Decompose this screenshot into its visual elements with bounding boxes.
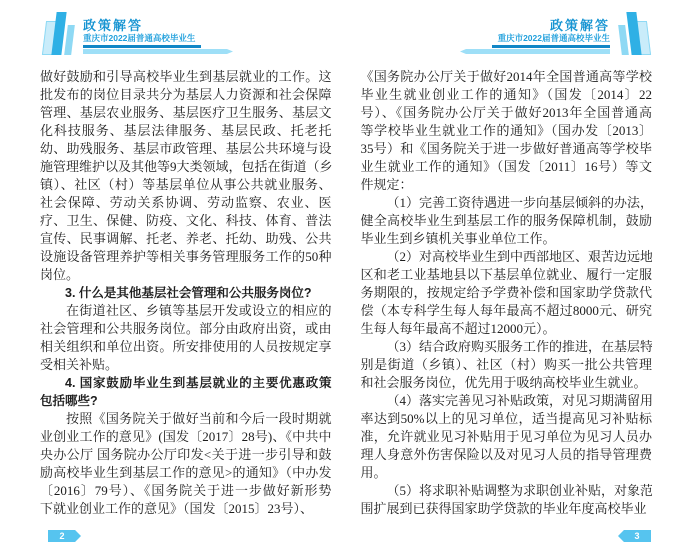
text-line: 做好鼓励和引导高校毕业生到基层就业的工作。这 <box>40 68 332 86</box>
text-line: 和社会服务岗位，优先用于吸纳高校毕业生就业。 <box>361 374 653 392</box>
text-line: 岗位。 <box>40 266 332 284</box>
text-line: 化科技服务、基层法律服务、基层民政、托老托 <box>40 122 332 140</box>
header-titles: 政策解答 重庆市2022届普通高校毕业生 <box>460 12 610 54</box>
text-line: 围扩展到已获得国家助学贷款的毕业年度高校毕业 <box>361 500 653 518</box>
text-line: 件规定： <box>361 176 653 194</box>
page-body: 做好鼓励和引导高校毕业生到基层就业的工作。这批发布的岗位目录共分为基层人力资源和… <box>40 68 332 518</box>
text-line: 励高校毕业生到基层工作的意见>的通知》（中办发 <box>40 464 332 482</box>
header-band <box>83 49 233 54</box>
text-line: 业生就业工作的通知》（国发〔2011〕16号）等文 <box>361 158 653 176</box>
header-band <box>460 49 610 54</box>
page-left: 政策解答 重庆市2022届普通高校毕业生 做好鼓励和引导高校毕业生到基层就业的工… <box>0 0 348 559</box>
text-line: 毕业生到乡镇机关事业单位工作。 <box>361 230 653 248</box>
text-line: 〔2016〕79号）、《国务院关于进一步做好新形势 <box>40 482 332 500</box>
doc-title: 政策解答 <box>83 19 233 33</box>
text-line: 偿（本专科学生每人每年最高不超过8000元、研究 <box>361 302 653 320</box>
text-line: （4）落实完善见习补贴政策，对见习期满留用 <box>361 392 653 410</box>
page-header: 政策解答 重庆市2022届普通高校毕业生 <box>44 12 348 55</box>
text-line: 下就业创业工作的意见》（国发〔2015〕23号）、 <box>40 500 332 518</box>
text-line: （3）结合政府购买服务工作的推进，在基层特 <box>361 338 653 356</box>
text-line: （2）对高校毕业生到中西部地区、艰苦边远地 <box>361 248 653 266</box>
page-right: 政策解答 重庆市2022届普通高校毕业生 《国务院办公厅关于做好2014年全国普… <box>348 0 695 559</box>
text-line: 区和老工业基地县以下基层单位就业、履行一定服 <box>361 266 653 284</box>
text-line: 务期限的，按规定给予学费补偿和国家助学贷款代 <box>361 284 653 302</box>
text-line: 别是街道（乡镇）、社区（村）购买一批公共管理 <box>361 356 653 374</box>
doc-subtitle: 重庆市2022届普通高校毕业生 <box>498 33 610 44</box>
policy-booklet-logo-icon <box>44 12 74 55</box>
text-line: 健全高校毕业生到基层工作的服务保障机制，鼓励 <box>361 212 653 230</box>
text-line: 疗、卫生、保健、防疫、文化、科技、体育、普法 <box>40 212 332 230</box>
text-line: 35号）和《国务院关于进一步做好普通高等学校毕 <box>361 140 653 158</box>
header-rule <box>83 45 201 48</box>
text-line: 等学校毕业生就业工作的通知》（国办发〔2013〕 <box>361 122 653 140</box>
text-line: 央办公厅 国务院办公厅印发<关于进一步引导和鼓 <box>40 446 332 464</box>
text-line: 施管理维护以及其他等9大类领域，包括在街道（乡 <box>40 158 332 176</box>
text-line: （1）完善工资待遇进一步向基层倾斜的办法， <box>361 194 653 212</box>
text-line: 按照《国务院关于做好当前和今后一段时期就 <box>40 410 332 428</box>
page-header: 政策解答 重庆市2022届普通高校毕业生 <box>348 12 650 55</box>
text-line: 管理、基层农业服务、基层医疗卫生服务、基层文 <box>40 104 332 122</box>
header-rule <box>492 45 610 48</box>
document-spread: 政策解答 重庆市2022届普通高校毕业生 做好鼓励和引导高校毕业生到基层就业的工… <box>0 0 695 559</box>
text-line: 《国务院办公厅关于做好2014年全国普通高等学校 <box>361 68 653 86</box>
header-titles: 政策解答 重庆市2022届普通高校毕业生 <box>83 12 233 54</box>
text-line: 生每人每年最高不超过12000元）。 <box>361 320 653 338</box>
text-line: 用。 <box>361 464 653 482</box>
text-line: 相关组织和单位出资。所安排使用的人员按规定享 <box>40 338 332 356</box>
text-line: 批发布的岗位目录共分为基层人力资源和社会保障 <box>40 86 332 104</box>
page-number-tag: 3 <box>618 530 651 542</box>
text-line: 包括哪些? <box>40 392 332 410</box>
text-line: 在街道社区、乡镇等基层开发或设立的相应的 <box>40 302 332 320</box>
text-line: 业创业工作的意见》(国发〔2017〕28号)、《中共中 <box>40 428 332 446</box>
doc-subtitle: 重庆市2022届普通高校毕业生 <box>83 33 233 44</box>
doc-title: 政策解答 <box>550 19 610 33</box>
text-line: 受相关补贴。 <box>40 356 332 374</box>
logo-bar <box>64 25 75 55</box>
text-line: 4. 国家鼓励毕业生到基层就业的主要优惠政策 <box>40 374 332 392</box>
page-body: 《国务院办公厅关于做好2014年全国普通高等学校毕业生就业创业工作的通知》（国发… <box>361 68 653 518</box>
text-line: 幼、助残服务、基层市政管理、基层公共环境与设 <box>40 140 332 158</box>
text-line: 毕业生就业创业工作的通知》（国发〔2014〕22 <box>361 86 653 104</box>
text-line: 社会管理和公共服务岗位。部分由政府出资，或由 <box>40 320 332 338</box>
text-line: 理人身意外伤害保险以及对见习人员的指导管理费 <box>361 446 653 464</box>
text-line: 镇）、社区（村）等基层单位从事公共就业服务、 <box>40 176 332 194</box>
policy-booklet-logo-icon <box>619 12 649 55</box>
text-line: 设施设备管理养护等相关事务管理服务工作的50种 <box>40 248 332 266</box>
text-line: 社会保障、劳动关系协调、劳动监察、农业、医 <box>40 194 332 212</box>
page-number-tag: 2 <box>48 530 81 542</box>
text-line: 率达到50%以上的见习单位，适当提高见习补贴标 <box>361 410 653 428</box>
text-line: 宣传、民事调解、托老、养老、托幼、助残、公共 <box>40 230 332 248</box>
text-line: 3. 什么是其他基层社会管理和公共服务岗位? <box>40 284 332 302</box>
text-line: （5）将求职补贴调整为求职创业补贴，对象范 <box>361 482 653 500</box>
text-line: 号）、《国务院办公厅关于做好2013年全国普通高 <box>361 104 653 122</box>
logo-bar <box>618 25 629 55</box>
text-line: 准，允许就业见习补贴用于见习单位为见习人员办 <box>361 428 653 446</box>
